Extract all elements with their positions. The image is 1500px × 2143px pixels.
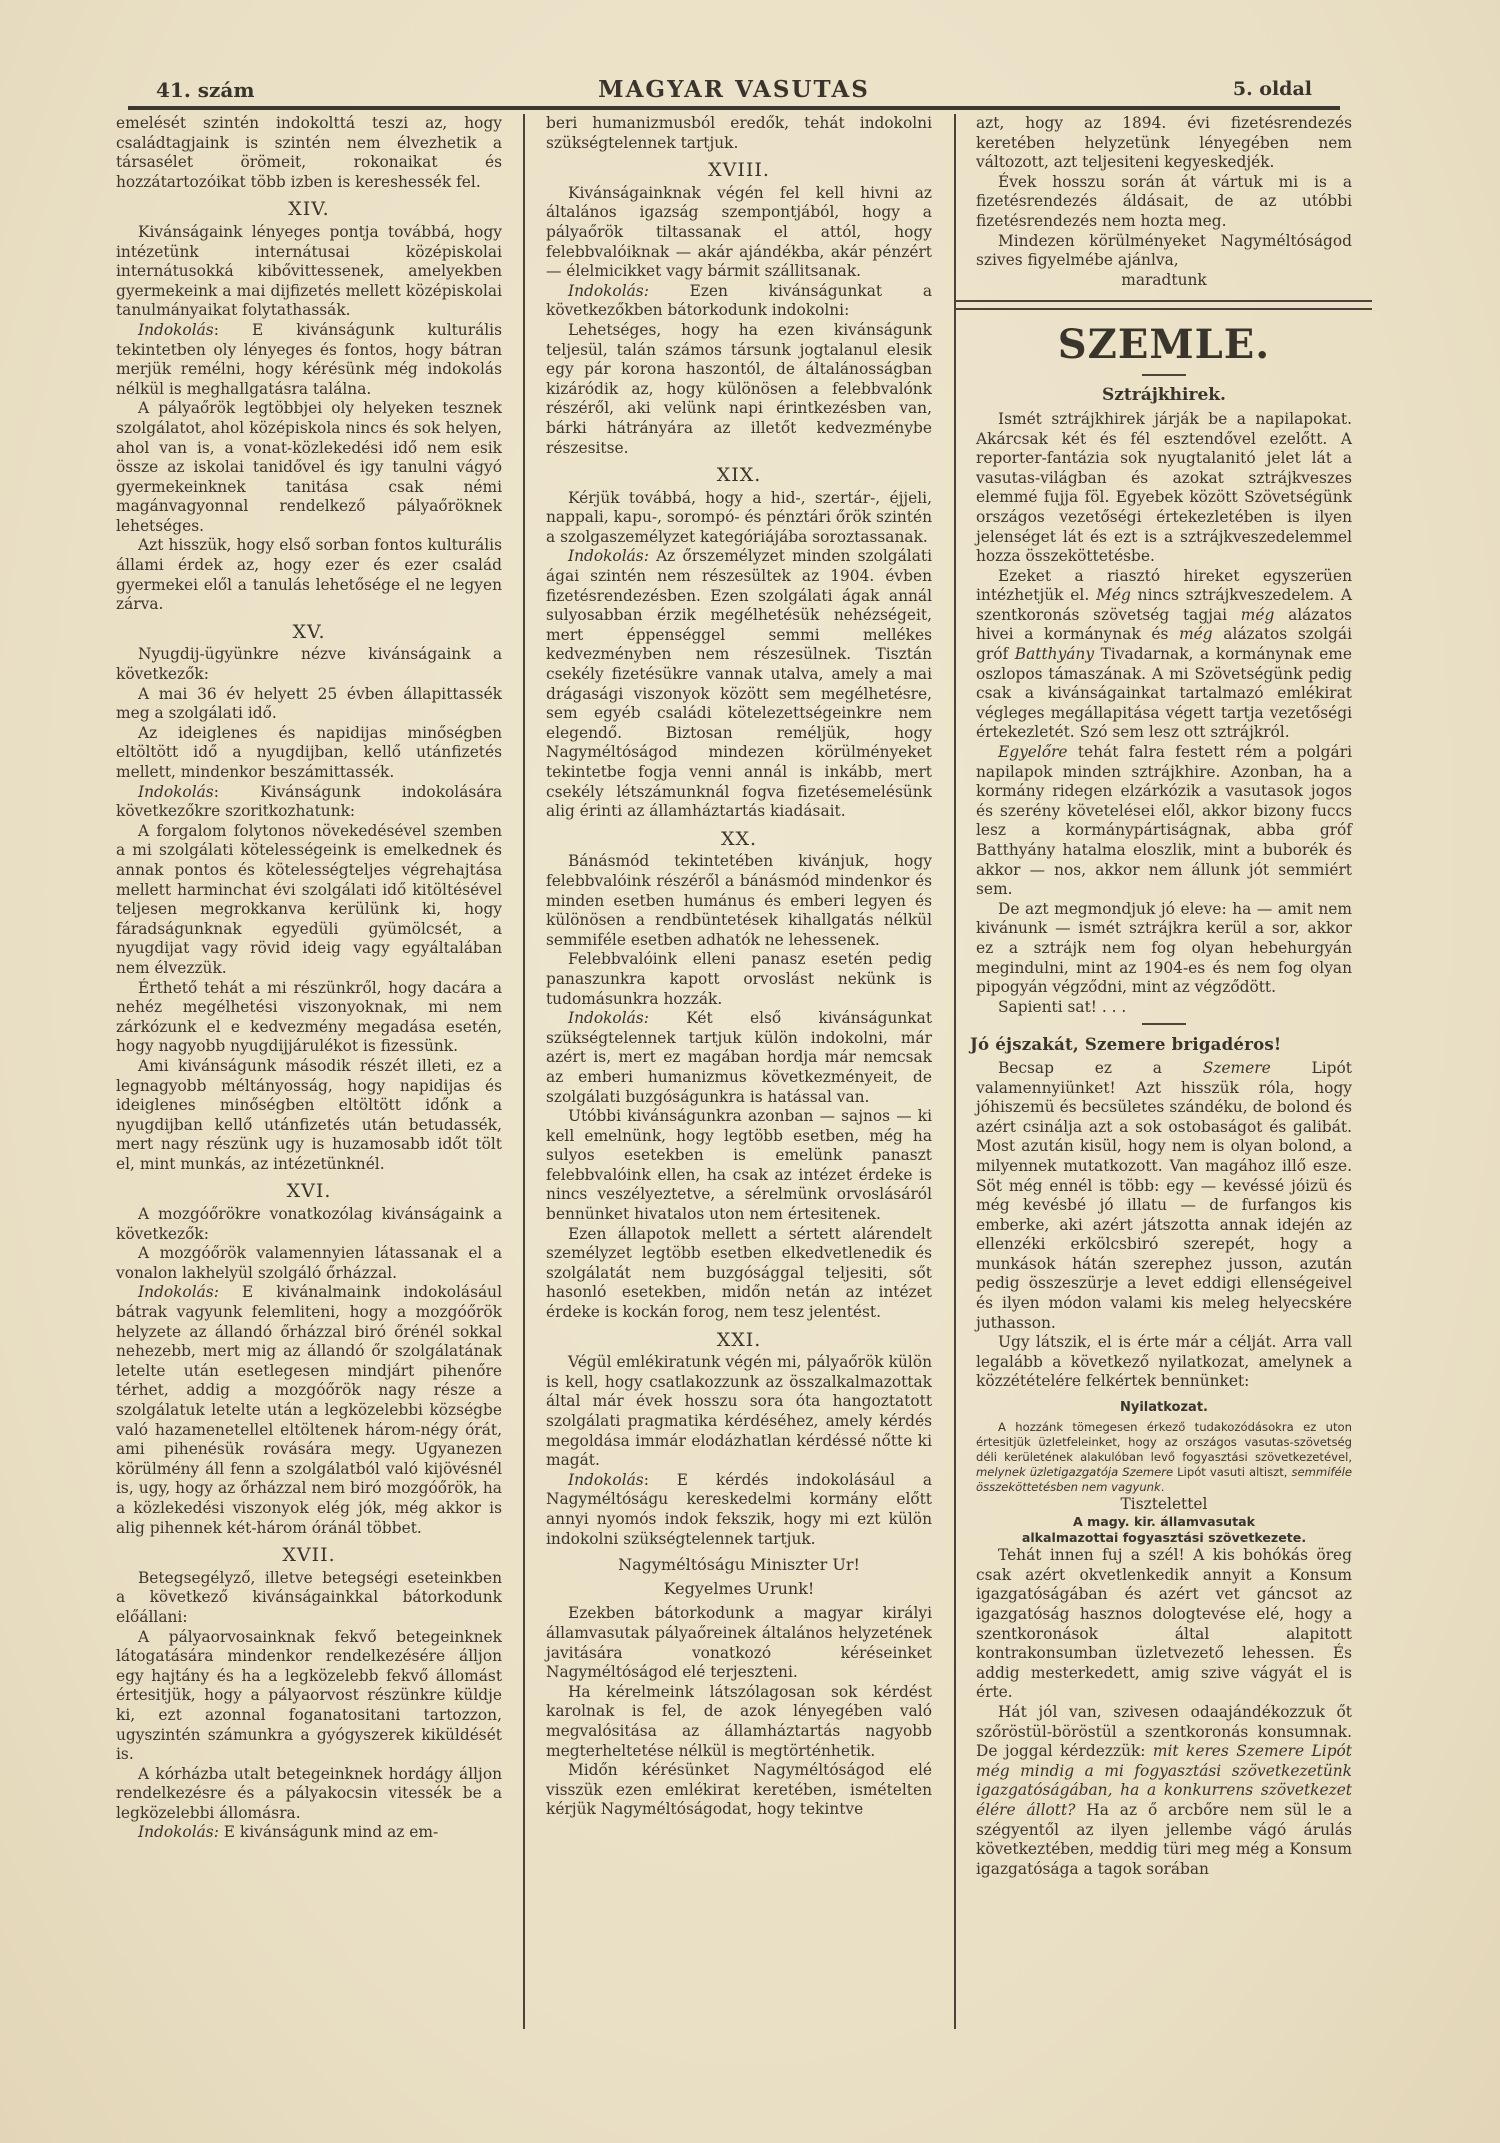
masthead: 41. szám MAGYAR VASUTAS 5. oldal	[128, 72, 1340, 110]
columns: emelését szintén indokolttá teszi az, ho…	[128, 114, 1340, 2099]
paragraph: Ami kivánságunk második részét illeti, e…	[116, 1057, 502, 1175]
salutation: Kegyelmes Urunk!	[546, 1579, 932, 1599]
paragraph: beri humanizmusból eredők, tehát indokol…	[546, 114, 932, 153]
paragraph: Érthető tehát a mi részünkről, hogy dacá…	[116, 979, 502, 1057]
paragraph: Kivánságaink lényeges pontja továbbá, ho…	[116, 223, 502, 321]
paragraph: Indokolás: E kivánságunk kulturális teki…	[116, 321, 502, 399]
paragraph: Becsap ez a Szemere Lipót valamennyiünke…	[976, 1059, 1352, 1333]
salutation: Nagyméltóságu Miniszter Ur!	[546, 1555, 932, 1575]
justification-label: Indokolás:	[138, 1283, 219, 1301]
column-1: emelését szintén indokolttá teszi az, ho…	[116, 114, 502, 1843]
column-divider	[954, 114, 956, 2029]
article-title: Jó éjszakát, Szemere brigadéros!	[970, 1035, 1352, 1055]
paragraph: Midőn kérésünket Nagyméltóságod elé viss…	[546, 1761, 932, 1820]
declaration-signature: A magy. kir. államvasutak	[976, 1514, 1352, 1530]
paragraph: De azt megmondjuk jó eleve: ha — amit ne…	[976, 900, 1352, 998]
paragraph: Lehetséges, hogy ha ezen kivánságunk tel…	[546, 321, 932, 458]
section-number: XVI.	[116, 1182, 502, 1202]
paragraph: Mindezen körülményeket Nagyméltóságod sz…	[976, 232, 1352, 271]
paragraph: Bánásmód tekintetében kivánjuk, hogy fel…	[546, 852, 932, 950]
section-number: XVII.	[116, 1546, 502, 1566]
paragraph: Egyelőre tehát falra festett rém a polgá…	[976, 743, 1352, 900]
justification-label: Indokolás:	[138, 1823, 219, 1841]
paragraph: Indokolás: E kivánságunk mind az em-	[116, 1823, 502, 1843]
paragraph: A mozgóőrök valamennyien látassanak el a…	[116, 1244, 502, 1283]
section-number: XV.	[116, 623, 502, 643]
closing-signoff: maradtunk	[976, 271, 1352, 291]
paragraph: A pályaorvosainknak fekvő betegeinknek l…	[116, 1628, 502, 1765]
paragraph: Ismét sztrájkhirek járják be a napilapok…	[976, 410, 1352, 567]
declaration-regards: Tisztelettel	[976, 1495, 1352, 1515]
paragraph: Felebbvalóink elleni panasz esetén pedig…	[546, 950, 932, 1009]
newspaper-page: 41. szám MAGYAR VASUTAS 5. oldal emelésé…	[128, 72, 1340, 110]
paragraph: Ezeket a riasztó hireket egyszerüen inté…	[976, 567, 1352, 743]
paragraph: Ugy látszik, el is érte már a célját. Ar…	[976, 1333, 1352, 1392]
paragraph: Indokolás: E kérdés indokolásául a Nagym…	[546, 1471, 932, 1549]
justification-label: Indokolás:	[568, 547, 649, 565]
paragraph: Végül emlékiratunk végén mi, pályaőrök k…	[546, 1353, 932, 1471]
paragraph: Ha kérelmeink látszólagosan sok kérdést …	[546, 1683, 932, 1761]
section-number: XXI.	[546, 1331, 932, 1351]
paragraph: Azt hisszük, hogy első sorban fontos kul…	[116, 536, 502, 614]
column-divider	[523, 114, 525, 2029]
paragraph: Utóbbi kivánságunkra azonban — sajnos — …	[546, 1107, 932, 1225]
paragraph: A forgalom folytonos növekedésével szemb…	[116, 822, 502, 979]
paragraph: Indokolás: Két első kivánságunkat szüksé…	[546, 1009, 932, 1107]
section-number: XX.	[546, 830, 932, 850]
paragraph: Sapienti sat! . . .	[976, 998, 1352, 1018]
paragraph: Hát jól van, szivesen odaajándékozzuk őt…	[976, 1703, 1352, 1879]
section-number: XVIII.	[546, 161, 932, 181]
justification-label: Indokolás	[138, 321, 214, 339]
paragraph: A mozgóőrökre vonatkozólag kivánságaink …	[116, 1205, 502, 1244]
paragraph: Kivánságainknak végén fel kell hivni az …	[546, 184, 932, 282]
paragraph: Indokolás: Az őrszemélyzet minden szolgá…	[546, 547, 932, 821]
paragraph: A pályaőrök legtöbbjei oly helyeken tesz…	[116, 399, 502, 536]
section-number: XIV.	[116, 200, 502, 220]
paragraph: emelését szintén indokolttá teszi az, ho…	[116, 114, 502, 192]
justification-label: Indokolás:	[568, 282, 649, 300]
paragraph: Indokolás: E kivánalmaink indokolásául b…	[116, 1283, 502, 1538]
paragraph: Indokolás: Kivánságunk indokolására köve…	[116, 783, 502, 822]
section-heading: SZEMLE.	[976, 322, 1352, 368]
paragraph: Indokolás: Ezen kivánságunkat a következ…	[546, 282, 932, 321]
divider	[1142, 1023, 1186, 1025]
paragraph: Évek hosszu során át vártuk mi is a fize…	[976, 173, 1352, 232]
declaration-text: A hozzánk tömegesen érkező tudakozódások…	[976, 1420, 1352, 1495]
paragraph: Betegsegélyző, illetve betegségi esetein…	[116, 1569, 502, 1628]
paragraph: Az ideiglenes és napidijas minőségben el…	[116, 724, 502, 783]
newspaper-title: MAGYAR VASUTAS	[128, 76, 1340, 103]
paragraph: Ezen állapotok mellett a sértett alárend…	[546, 1225, 932, 1323]
column-3: azt, hogy az 1894. évi fizetésrendezés k…	[976, 114, 1352, 1879]
justification-label: Indokolás	[568, 1471, 644, 1489]
divider	[1142, 374, 1186, 376]
page-number: 5. oldal	[1233, 78, 1312, 100]
declaration-title: Nyilatkozat.	[976, 1398, 1352, 1418]
declaration-signature: alkalmazottai fogyasztási szövetkezete.	[976, 1530, 1352, 1546]
justification-label: Indokolás:	[568, 1009, 649, 1027]
paragraph: Ezekben bátorkodunk a magyar királyi áll…	[546, 1604, 932, 1682]
justification-label: Indokolás	[138, 783, 214, 801]
section-number: XIX.	[546, 466, 932, 486]
paragraph: Kérjük továbbá, hogy a hid-, szertár-, é…	[546, 489, 932, 548]
paragraph: A kórházba utalt betegeinknek hordágy ál…	[116, 1765, 502, 1824]
paragraph: azt, hogy az 1894. évi fizetésrendezés k…	[976, 114, 1352, 173]
paragraph: Tehát innen fuj a szél! A kis bohókás ör…	[976, 1546, 1352, 1703]
section-divider	[956, 300, 1372, 310]
column-2: beri humanizmusból eredők, tehát indokol…	[546, 114, 932, 1820]
paragraph: Nyugdij-ügyünkre nézve kivánságaink a kö…	[116, 645, 502, 684]
article-title: Sztrájkhirek.	[976, 386, 1352, 406]
paragraph: A mai 36 év helyett 25 évben állapittass…	[116, 685, 502, 724]
